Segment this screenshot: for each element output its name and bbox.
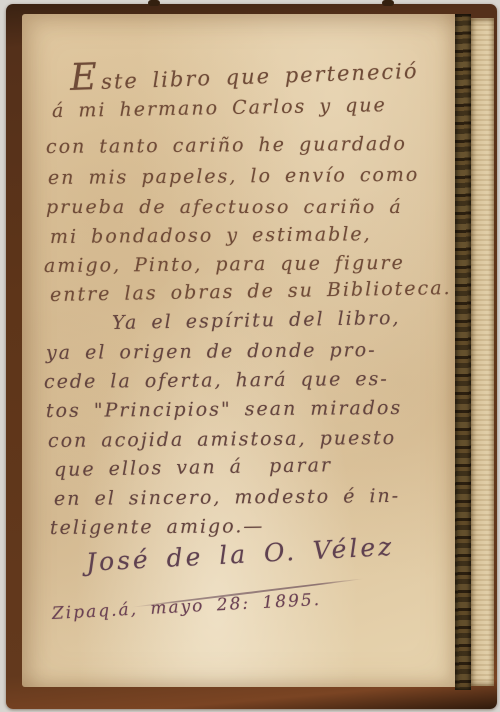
handwritten-line: entre las obras de su Biblioteca.: [50, 277, 452, 306]
handwritten-line: teligente amigo.—: [50, 515, 265, 539]
handwritten-line: Ya el espíritu del libro,: [112, 307, 401, 334]
handwritten-line: cede la oferta, hará que es-: [44, 368, 389, 393]
handwritten-line: que ellos van á parar: [54, 454, 332, 481]
handwritten-line: ya el origen de donde pro-: [46, 339, 377, 364]
handwritten-line: con tanto cariño he guardado: [46, 133, 407, 158]
dateline: Zipaq.á, mayo 28: 1895.: [51, 590, 321, 624]
signature: José de la O. Vélez: [85, 532, 395, 577]
handwritten-line: en el sincero, modesto é in-: [54, 485, 400, 510]
handwritten-line: mi bondadoso y estimable,: [50, 223, 372, 248]
photo-background: Este libro que perteneció á mi hermano C…: [0, 0, 500, 712]
handwritten-line: prueba de afectuoso cariño á: [46, 196, 403, 218]
handwritten-line: con acojida amistosa, puesto: [48, 427, 396, 452]
handwritten-line: á mi hermano Carlos y que: [52, 94, 387, 122]
handwritten-line: en mis papeles, lo envío como: [48, 164, 419, 189]
handwritten-line: Este libro que perteneció: [69, 44, 419, 99]
handwritten-text: Este libro que perteneció á mi hermano C…: [0, 0, 500, 712]
handwritten-line: amigo, Pinto, para que figure: [44, 252, 405, 277]
handwritten-line: tos "Principios" sean mirados: [46, 397, 402, 422]
